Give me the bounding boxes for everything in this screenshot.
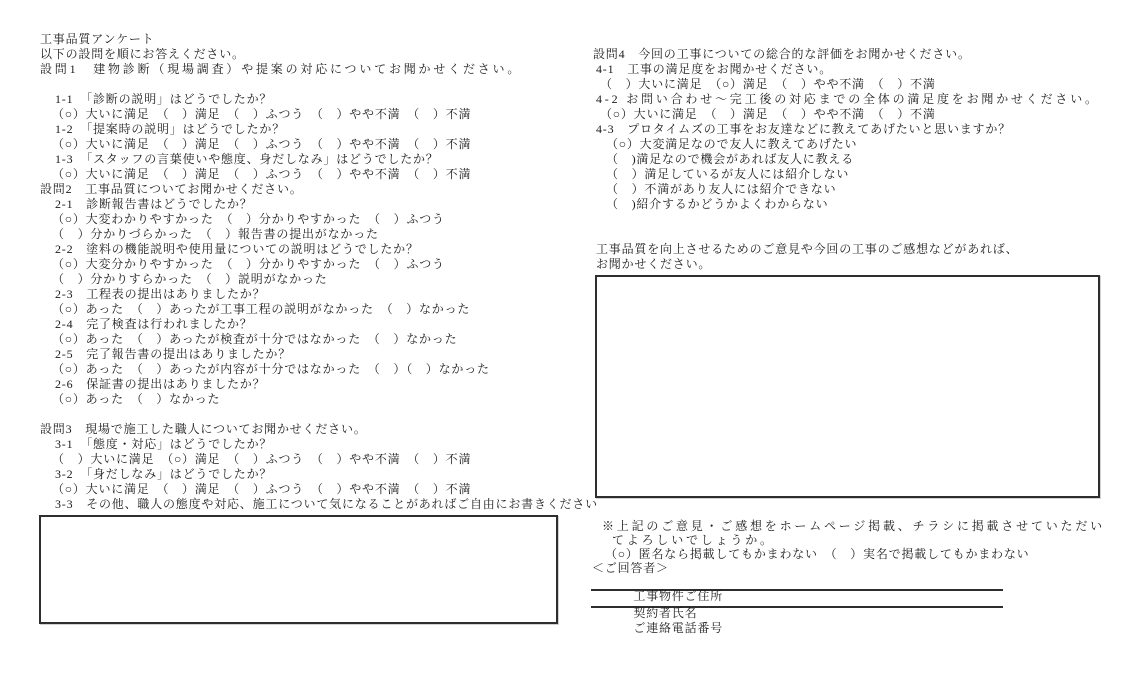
left-column: 工事品質アンケート以下の設問を順にお答えください。設問1 建物診断（現場調査）や… xyxy=(40,32,575,512)
question-2-6: 2-6 保証書の提出はありましたか？ xyxy=(40,377,575,392)
question-2-1: 2-1 診断報告書はどうでしたか？ xyxy=(40,197,575,212)
survey-document-page: 工事品質アンケート以下の設問を順にお答えください。設問1 建物診断（現場調査）や… xyxy=(0,0,1145,689)
answer-4-3-option-4: （ ）不満があり友人には紹介できない xyxy=(592,182,1117,197)
section-4-heading: 設問4 今回の工事についての総合的な評価をお聞かせください。 xyxy=(592,47,1117,62)
answer-3-2: （○）大いに満足 （ ）満足 （ ）ふつう （ ）やや不満 （ ）不満 xyxy=(40,482,575,497)
intro-line: 以下の設問を順にお答えください。 xyxy=(40,47,575,62)
feedback-prompt-line-1: 工事品質を向上させるためのご意見や今回の工事のご感想などがあれば、 xyxy=(592,242,1117,257)
answer-4-3-option-1: （○）大変満足なので友人に教えてあげたい xyxy=(592,137,1117,152)
question-1-3: 1-3 「スタッフの言葉使いや態度、身だしなみ」はどうでしたか？ xyxy=(40,152,575,167)
answer-4-1: （ ）大いに満足 （○）満足 （ ）やや不満 （ ）不満 xyxy=(592,77,1117,92)
publish-permission-block: ※上記のご意見・ご感想をホームページ掲載、チラシに掲載させていただいてよろしいで… xyxy=(592,519,1082,608)
publish-permission-options: （○）匿名なら掲載してもかまわない （ ）実名で掲載してもかまわない xyxy=(592,547,1082,561)
address-row: 工事物件ご住所 xyxy=(591,575,1003,591)
phone-label: ご連絡電話番号 xyxy=(633,621,723,636)
contract-name-label: 契約者氏名 xyxy=(633,606,841,621)
section-2-heading: 設問2 工事品質についてお聞かせください。 xyxy=(40,182,575,197)
question-3-1: 3-1 「態度・対応」はどうでしたか？ xyxy=(40,437,575,452)
answer-4-3-option-3: （ ）満足しているが友人には紹介しない xyxy=(592,167,1117,182)
general-feedback-box xyxy=(595,275,1100,498)
page-title: 工事品質アンケート xyxy=(40,32,575,47)
publish-note-lines: ※上記のご意見・ご感想をホームページ掲載、チラシに掲載させていただいてよろしいで… xyxy=(592,519,1082,561)
question-2-2: 2-2 塗料の機能説明や使用量についての説明はどうでしたか？ xyxy=(40,242,575,257)
answer-3-1: （ ）大いに満足 （○）満足 （ ）ふつう （ ）やや不満 （ ）不満 xyxy=(40,452,575,467)
craftsman-comment-box xyxy=(39,515,558,624)
answer-1-1: （○）大いに満足 （ ）満足 （ ）ふつう （ ）やや不満 （ ）不満 xyxy=(40,107,575,122)
address-label: 工事物件ご住所 xyxy=(633,589,723,603)
question-3-2: 3-2 「身だしなみ」はどうでしたか？ xyxy=(40,467,575,482)
question-3-3: 3-3 その他、職人の態度や対応、施工について気になることがあればご自由にお書き… xyxy=(40,497,575,512)
answer-1-2: （○）大いに満足 （ ）満足 （ ）ふつう （ ）やや不満 （ ）不満 xyxy=(40,137,575,152)
spacer-line xyxy=(40,407,575,422)
answer-2-2-row2: （ ）分かりすらかった （ ）説明がなかった xyxy=(40,272,575,287)
publish-permission-note-line-2: てよろしいでしょうか。 xyxy=(592,533,1082,547)
publish-permission-note-line-1: ※上記のご意見・ご感想をホームページ掲載、チラシに掲載させていただい xyxy=(592,519,1082,533)
answer-2-2-row1: （○）大変分かりやすかった （ ）分かりやすかった （ ）ふつう xyxy=(40,257,575,272)
section-1-heading: 設問1 建物診断（現場調査）や提案の対応についてお聞かせください。 xyxy=(40,62,575,77)
right-column: 設問4 今回の工事についての総合的な評価をお聞かせください。4-1 工事の満足度… xyxy=(592,47,1117,272)
answer-2-1-row2: （ ）分かりづらかった （ ）報告書の提出がなかった xyxy=(40,227,575,242)
spacer-line xyxy=(40,77,575,92)
answer-4-3-option-2: （ )満足なので機会があれば友人に教える xyxy=(592,152,1117,167)
respondent-table: 工事物件ご住所 契約者氏名 ご連絡電話番号 xyxy=(591,575,1003,608)
question-2-5: 2-5 完了報告書の提出はありましたか？ xyxy=(40,347,575,362)
answer-2-1-row1: （○）大変わかりやすかった （ ）分かりやすかった （ ）ふつう xyxy=(40,212,575,227)
answer-2-3: （○）あった （ ）あったが工事工程の説明がなかった （ ）なかった xyxy=(40,302,575,317)
respondent-header: ＜ご回答者＞ xyxy=(592,561,1082,575)
answer-2-5: （○）あった （ ）あったが内容が十分ではなかった （ ）（ ）なかった xyxy=(40,362,575,377)
answer-2-4: （○）あった （ ）あったが検査が十分ではなかった （ ）なかった xyxy=(40,332,575,347)
question-1-2: 1-2 「提案時の説明」はどうでしたか？ xyxy=(40,122,575,137)
answer-2-6: （○）あった （ ）なかった xyxy=(40,392,575,407)
question-4-3: 4-3 プロタイムズの工事をお友達などに教えてあげたいと思いますか？ xyxy=(592,122,1117,137)
answer-4-2: （○）大いに満足 （ ）満足 （ ）やや不満 （ ）不満 xyxy=(592,107,1117,122)
feedback-prompt-line-2: お聞かせください。 xyxy=(592,257,1117,272)
spacer-line xyxy=(592,212,1117,227)
spacer-line xyxy=(592,227,1117,242)
question-4-1: 4-1 工事の満足度をお聞かせください。 xyxy=(592,62,1117,77)
question-4-2: 4-2 お問い合わせ～完工後の対応までの全体の満足度をお聞かせください。 xyxy=(592,92,1117,107)
question-1-1: 1-1 「診断の説明」はどうでしたか？ xyxy=(40,92,575,107)
answer-1-3: （○）大いに満足 （ ）満足 （ ）ふつう （ ）やや不満 （ ）不満 xyxy=(40,167,575,182)
question-2-4: 2-4 完了検査は行われましたか？ xyxy=(40,317,575,332)
answer-4-3-option-5: （ )紹介するかどうかよくわからない xyxy=(592,197,1117,212)
section-3-heading: 設問3 現場で施工した職人についてお聞かせください。 xyxy=(40,422,575,437)
question-2-3: 2-3 工程表の提出はありましたか？ xyxy=(40,287,575,302)
